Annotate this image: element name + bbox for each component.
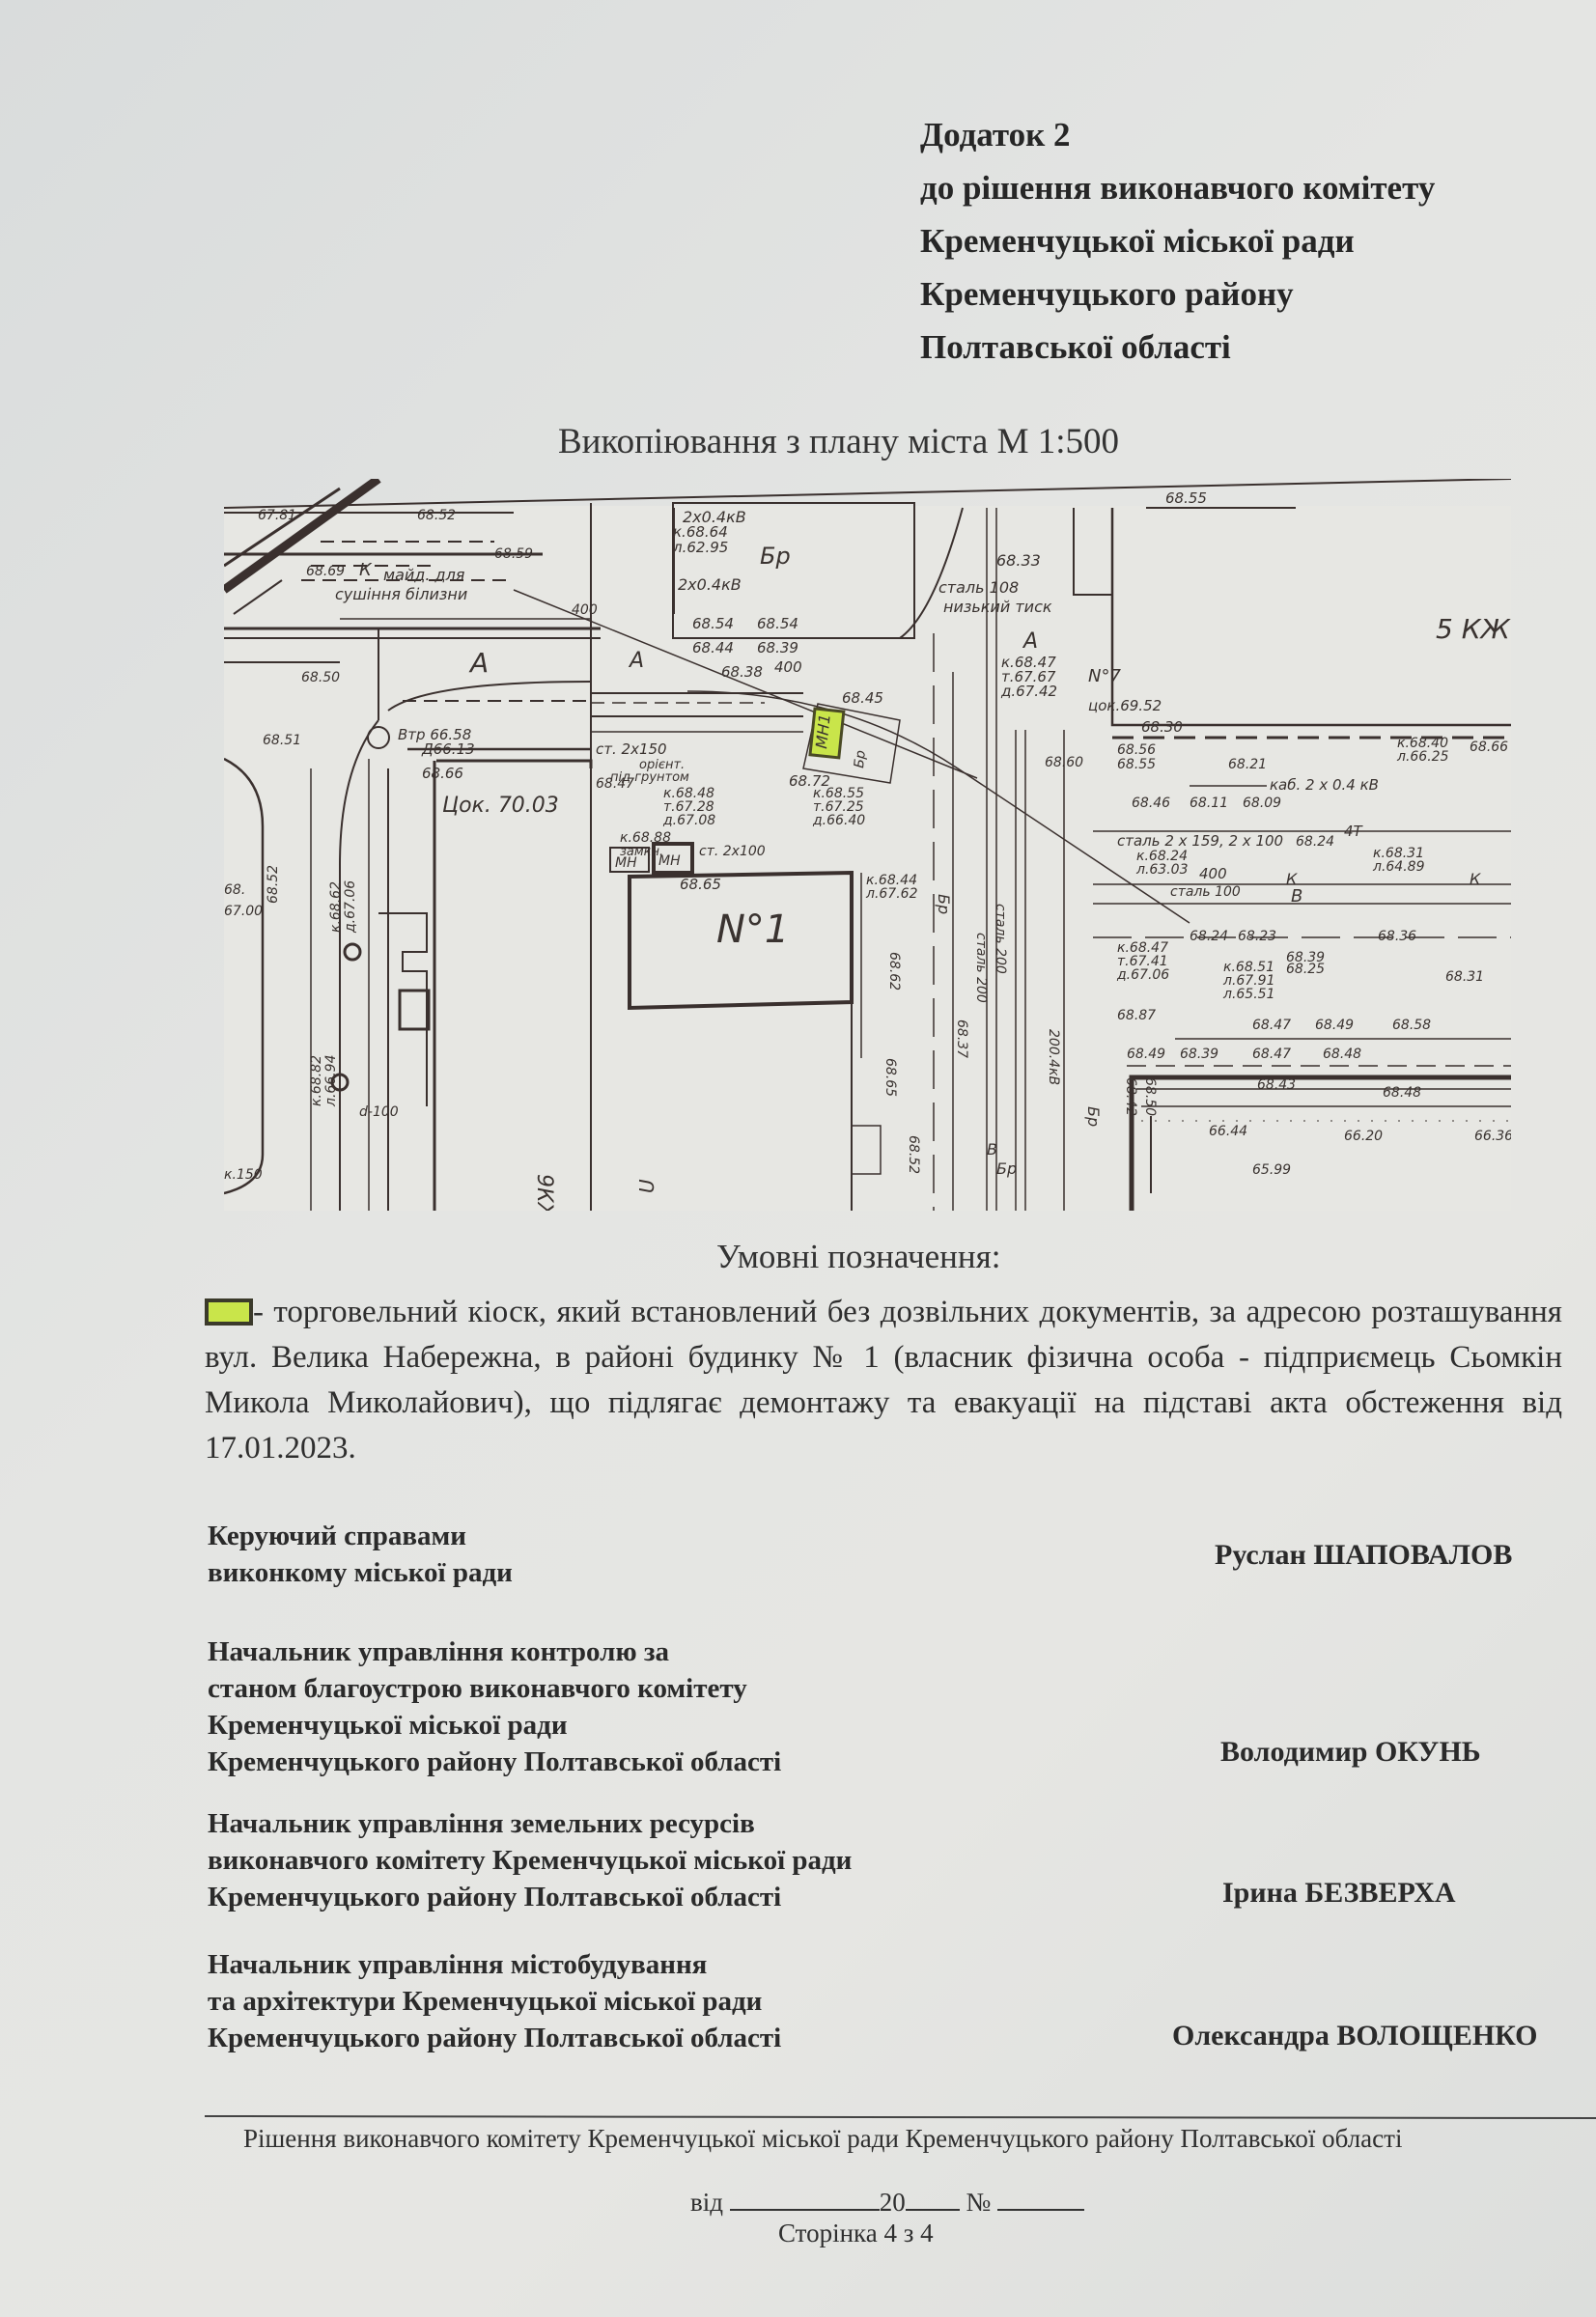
- appendix-line: Полтавської області: [920, 321, 1577, 374]
- legend-description: - торговельний кіоск, який встановлений …: [205, 1290, 1562, 1471]
- svg-text:400: 400: [774, 658, 802, 676]
- svg-text:68.48: 68.48: [1383, 1085, 1421, 1101]
- signature-position-1: Керуючий справами виконкому міської ради: [208, 1518, 513, 1591]
- legend-title: Умовні позначення:: [716, 1238, 1000, 1276]
- signature-position-4: Начальник управління містобудування та а…: [208, 1946, 781, 2056]
- svg-text:сушіння білизни: сушіння білизни: [335, 585, 467, 603]
- building-7-label: N°7: [1088, 666, 1121, 686]
- number-prefix: №: [966, 2188, 992, 2217]
- svg-text:68.39: 68.39: [1180, 1047, 1218, 1062]
- page-number: Сторінка 4 з 4: [778, 2219, 934, 2248]
- svg-text:200.4кВ: 200.4кВ: [1046, 1029, 1061, 1085]
- svg-text:68.11: 68.11: [1190, 796, 1228, 811]
- position-line: Кременчуцького району Полтавської област…: [208, 2020, 781, 2056]
- svg-text:Бр: Бр: [1084, 1106, 1103, 1127]
- svg-text:d-100: d-100: [359, 1104, 399, 1120]
- svg-text:сталь 108: сталь 108: [938, 578, 1019, 597]
- svg-text:68.66: 68.66: [1470, 740, 1508, 755]
- svg-text:А: А: [468, 647, 489, 679]
- svg-text:л.65.51: л.65.51: [1222, 987, 1274, 1002]
- position-line: Кременчуцького району Полтавської област…: [208, 1879, 852, 1915]
- appendix-line: Кременчуцької міської ради: [920, 214, 1577, 267]
- svg-text:68.47: 68.47: [1252, 1047, 1291, 1062]
- svg-text:сталь 200: сталь 200: [993, 904, 1008, 974]
- zone-5kzh-label: 5 КЖ: [1436, 613, 1511, 645]
- svg-text:68.33: 68.33: [996, 551, 1041, 570]
- svg-text:МН: МН: [615, 855, 637, 871]
- svg-text:л.64.89: л.64.89: [1372, 859, 1425, 875]
- position-line: та архітектури Кременчуцької міської рад…: [208, 1983, 781, 2020]
- svg-text:л.63.03: л.63.03: [1135, 862, 1188, 878]
- svg-text:68.21: 68.21: [1228, 757, 1267, 772]
- svg-text:К: К: [1286, 870, 1298, 888]
- svg-text:Бр: Бр: [996, 1159, 1017, 1178]
- footer-organization: Рішення виконавчого комітету Кременчуцьк…: [243, 2124, 1402, 2154]
- svg-text:68.24: 68.24: [1190, 929, 1228, 944]
- footer-date-number: від 20 №: [690, 2188, 1084, 2218]
- map-title: Викопіювання з плану міста М 1:500: [558, 421, 1119, 462]
- city-plan-map: А А Бр 2х0.4кВ 2х0.4кВ к.68.64 л.62.95 6…: [224, 479, 1511, 1211]
- svg-text:68.55: 68.55: [1117, 757, 1156, 772]
- position-line: Начальник управління містобудування: [208, 1946, 781, 1983]
- building-7-elevation: цок.69.52: [1088, 697, 1162, 714]
- svg-text:д.67.08: д.67.08: [662, 813, 715, 828]
- signature-name-2: Володимир ОКУНЬ: [1220, 1736, 1481, 1769]
- svg-text:68.52: 68.52: [266, 865, 281, 904]
- signature-name-1: Руслан ШАПОВАЛОВ: [1215, 1539, 1512, 1572]
- svg-text:68.: 68.: [224, 882, 245, 898]
- signature-name-3: Ірина БЕЗВЕРХА: [1222, 1877, 1456, 1910]
- cok-70-label: Цок. 70.03: [442, 794, 559, 818]
- svg-text:4Т: 4Т: [1344, 823, 1364, 840]
- signature-position-2: Начальник управління контролю за станом …: [208, 1633, 781, 1780]
- date-prefix: від: [690, 2188, 723, 2217]
- svg-text:68.45: 68.45: [842, 689, 883, 707]
- svg-text:68.55: 68.55: [1165, 489, 1207, 507]
- appendix-line: до рішення виконавчого комітету: [920, 161, 1577, 214]
- svg-text:68.54: 68.54: [692, 615, 734, 632]
- svg-text:сталь 200: сталь 200: [973, 933, 989, 1003]
- svg-text:400: 400: [572, 602, 598, 618]
- svg-text:68.58: 68.58: [1392, 1018, 1431, 1033]
- position-line: Керуючий справами: [208, 1518, 513, 1554]
- svg-text:2х0.4кВ: 2х0.4кВ: [678, 575, 742, 594]
- svg-text:68.47: 68.47: [596, 776, 634, 792]
- svg-text:д.67.42: д.67.42: [1000, 683, 1057, 700]
- svg-text:68.48: 68.48: [1323, 1047, 1361, 1062]
- svg-text:В: В: [987, 1140, 997, 1158]
- appendix-line: Додаток 2: [920, 108, 1577, 161]
- appendix-header: Додаток 2 до рішення виконавчого комітет…: [920, 108, 1577, 374]
- svg-text:66.44: 66.44: [1209, 1124, 1247, 1139]
- svg-text:К: К: [359, 560, 373, 580]
- legend-text: - торговельний кіоск, який встановлений …: [205, 1295, 1562, 1466]
- svg-text:68.47: 68.47: [1252, 1018, 1291, 1033]
- svg-text:68.43: 68.43: [1257, 1077, 1296, 1093]
- svg-text:68.42: 68.42: [1123, 1077, 1138, 1116]
- svg-text:68.24: 68.24: [1296, 834, 1334, 850]
- svg-text:68.50: 68.50: [301, 670, 340, 685]
- svg-text:65.99: 65.99: [1252, 1162, 1291, 1178]
- year-blank: [906, 2188, 960, 2211]
- svg-text:Бр: Бр: [852, 749, 869, 768]
- svg-text:л.66.94: л.66.94: [323, 1055, 339, 1107]
- appendix-line: Кременчуцького району: [920, 267, 1577, 321]
- svg-text:68.56: 68.56: [1117, 742, 1156, 758]
- svg-text:сталь 2 х 159, 2 х 100: сталь 2 х 159, 2 х 100: [1117, 832, 1283, 850]
- svg-text:66.20: 66.20: [1344, 1129, 1383, 1144]
- svg-text:л.66.25: л.66.25: [1396, 749, 1449, 765]
- svg-text:68.31: 68.31: [1445, 969, 1484, 985]
- map-drawing: А А Бр 2х0.4кВ 2х0.4кВ к.68.64 л.62.95 6…: [224, 479, 1511, 1211]
- svg-text:68.54: 68.54: [757, 615, 798, 632]
- svg-text:68.52: 68.52: [417, 508, 456, 523]
- position-line: Кременчуцької міської ради: [208, 1707, 781, 1744]
- year-prefix: 20: [880, 2188, 906, 2217]
- svg-text:68.23: 68.23: [1238, 929, 1276, 944]
- position-line: станом благоустрою виконавчого комітету: [208, 1670, 781, 1707]
- number-blank: [997, 2188, 1084, 2211]
- svg-text:68.62: 68.62: [886, 952, 902, 991]
- svg-text:к.150: к.150: [224, 1167, 263, 1183]
- kiosk-swatch-icon: [205, 1298, 253, 1326]
- svg-text:А: А: [628, 649, 644, 673]
- svg-text:68.87: 68.87: [1117, 1008, 1156, 1023]
- svg-text:к.68.82: к.68.82: [309, 1055, 324, 1106]
- svg-text:U: U: [635, 1179, 658, 1193]
- position-line: Начальник управління контролю за: [208, 1633, 781, 1670]
- building-1-label: N°1: [716, 907, 789, 952]
- svg-text:68.66: 68.66: [422, 765, 463, 782]
- svg-text:ст. 2х150: ст. 2х150: [596, 740, 667, 758]
- svg-text:68.49: 68.49: [1127, 1047, 1165, 1062]
- svg-text:к.68.62: к.68.62: [328, 881, 344, 933]
- svg-text:66.36: 66.36: [1474, 1129, 1511, 1144]
- svg-text:67.00: 67.00: [224, 904, 263, 919]
- svg-text:68.46: 68.46: [1132, 796, 1170, 811]
- svg-text:л.62.95: л.62.95: [672, 539, 728, 556]
- svg-text:68.44: 68.44: [692, 639, 734, 656]
- svg-text:67.81: 67.81: [258, 508, 296, 523]
- position-line: Кременчуцького району Полтавської област…: [208, 1744, 781, 1780]
- date-blank: [730, 2188, 880, 2211]
- svg-text:сталь 100: сталь 100: [1170, 884, 1241, 900]
- footer-divider: [205, 2115, 1596, 2119]
- svg-text:Бр: Бр: [935, 894, 953, 914]
- svg-text:68.52: 68.52: [906, 1135, 921, 1174]
- svg-text:К: К: [1470, 870, 1481, 888]
- svg-text:д.67.06: д.67.06: [343, 880, 358, 934]
- svg-text:68.37: 68.37: [954, 1019, 969, 1058]
- svg-text:МН: МН: [658, 853, 681, 869]
- svg-text:68.36: 68.36: [1378, 929, 1416, 944]
- svg-text:майд. для: майд. для: [383, 566, 465, 584]
- svg-text:А: А: [1022, 629, 1038, 654]
- svg-text:низький тиск: низький тиск: [943, 598, 1052, 616]
- position-line: Начальник управління земельних ресурсів: [208, 1805, 852, 1842]
- svg-text:л.67.62: л.67.62: [865, 886, 918, 902]
- svg-text:ст. 2х100: ст. 2х100: [699, 844, 766, 859]
- svg-text:400: 400: [1199, 865, 1227, 882]
- svg-text:68.51: 68.51: [263, 733, 301, 748]
- svg-text:68.65: 68.65: [680, 876, 721, 893]
- svg-text:68.25: 68.25: [1286, 962, 1325, 977]
- svg-text:68.30: 68.30: [1141, 718, 1183, 736]
- svg-text:каб. 2 х 0.4 кВ: каб. 2 х 0.4 кВ: [1270, 776, 1379, 794]
- svg-text:68.65: 68.65: [882, 1058, 898, 1097]
- svg-text:Д66.13: Д66.13: [421, 740, 475, 758]
- svg-text:68.38: 68.38: [721, 663, 763, 681]
- signature-name-4: Олександра ВОЛОЩЕНКО: [1172, 2020, 1538, 2052]
- svg-text:9КЖ: 9КЖ: [532, 1174, 556, 1211]
- svg-text:Бр: Бр: [760, 543, 791, 570]
- svg-text:68.60: 68.60: [1045, 755, 1083, 770]
- svg-text:68.59: 68.59: [494, 546, 533, 562]
- svg-text:д.67.06: д.67.06: [1116, 967, 1169, 983]
- signature-position-3: Начальник управління земельних ресурсів …: [208, 1805, 852, 1915]
- kiosk-label: МН1: [812, 713, 834, 750]
- position-line: виконавчого комітету Кременчуцької міськ…: [208, 1842, 852, 1879]
- svg-text:68.69: 68.69: [306, 564, 345, 579]
- svg-text:68.39: 68.39: [757, 639, 798, 656]
- svg-text:д.66.40: д.66.40: [812, 813, 865, 828]
- svg-text:68.09: 68.09: [1243, 796, 1281, 811]
- position-line: виконкому міської ради: [208, 1554, 513, 1591]
- svg-text:68.49: 68.49: [1315, 1018, 1354, 1033]
- svg-text:68.50: 68.50: [1142, 1077, 1158, 1116]
